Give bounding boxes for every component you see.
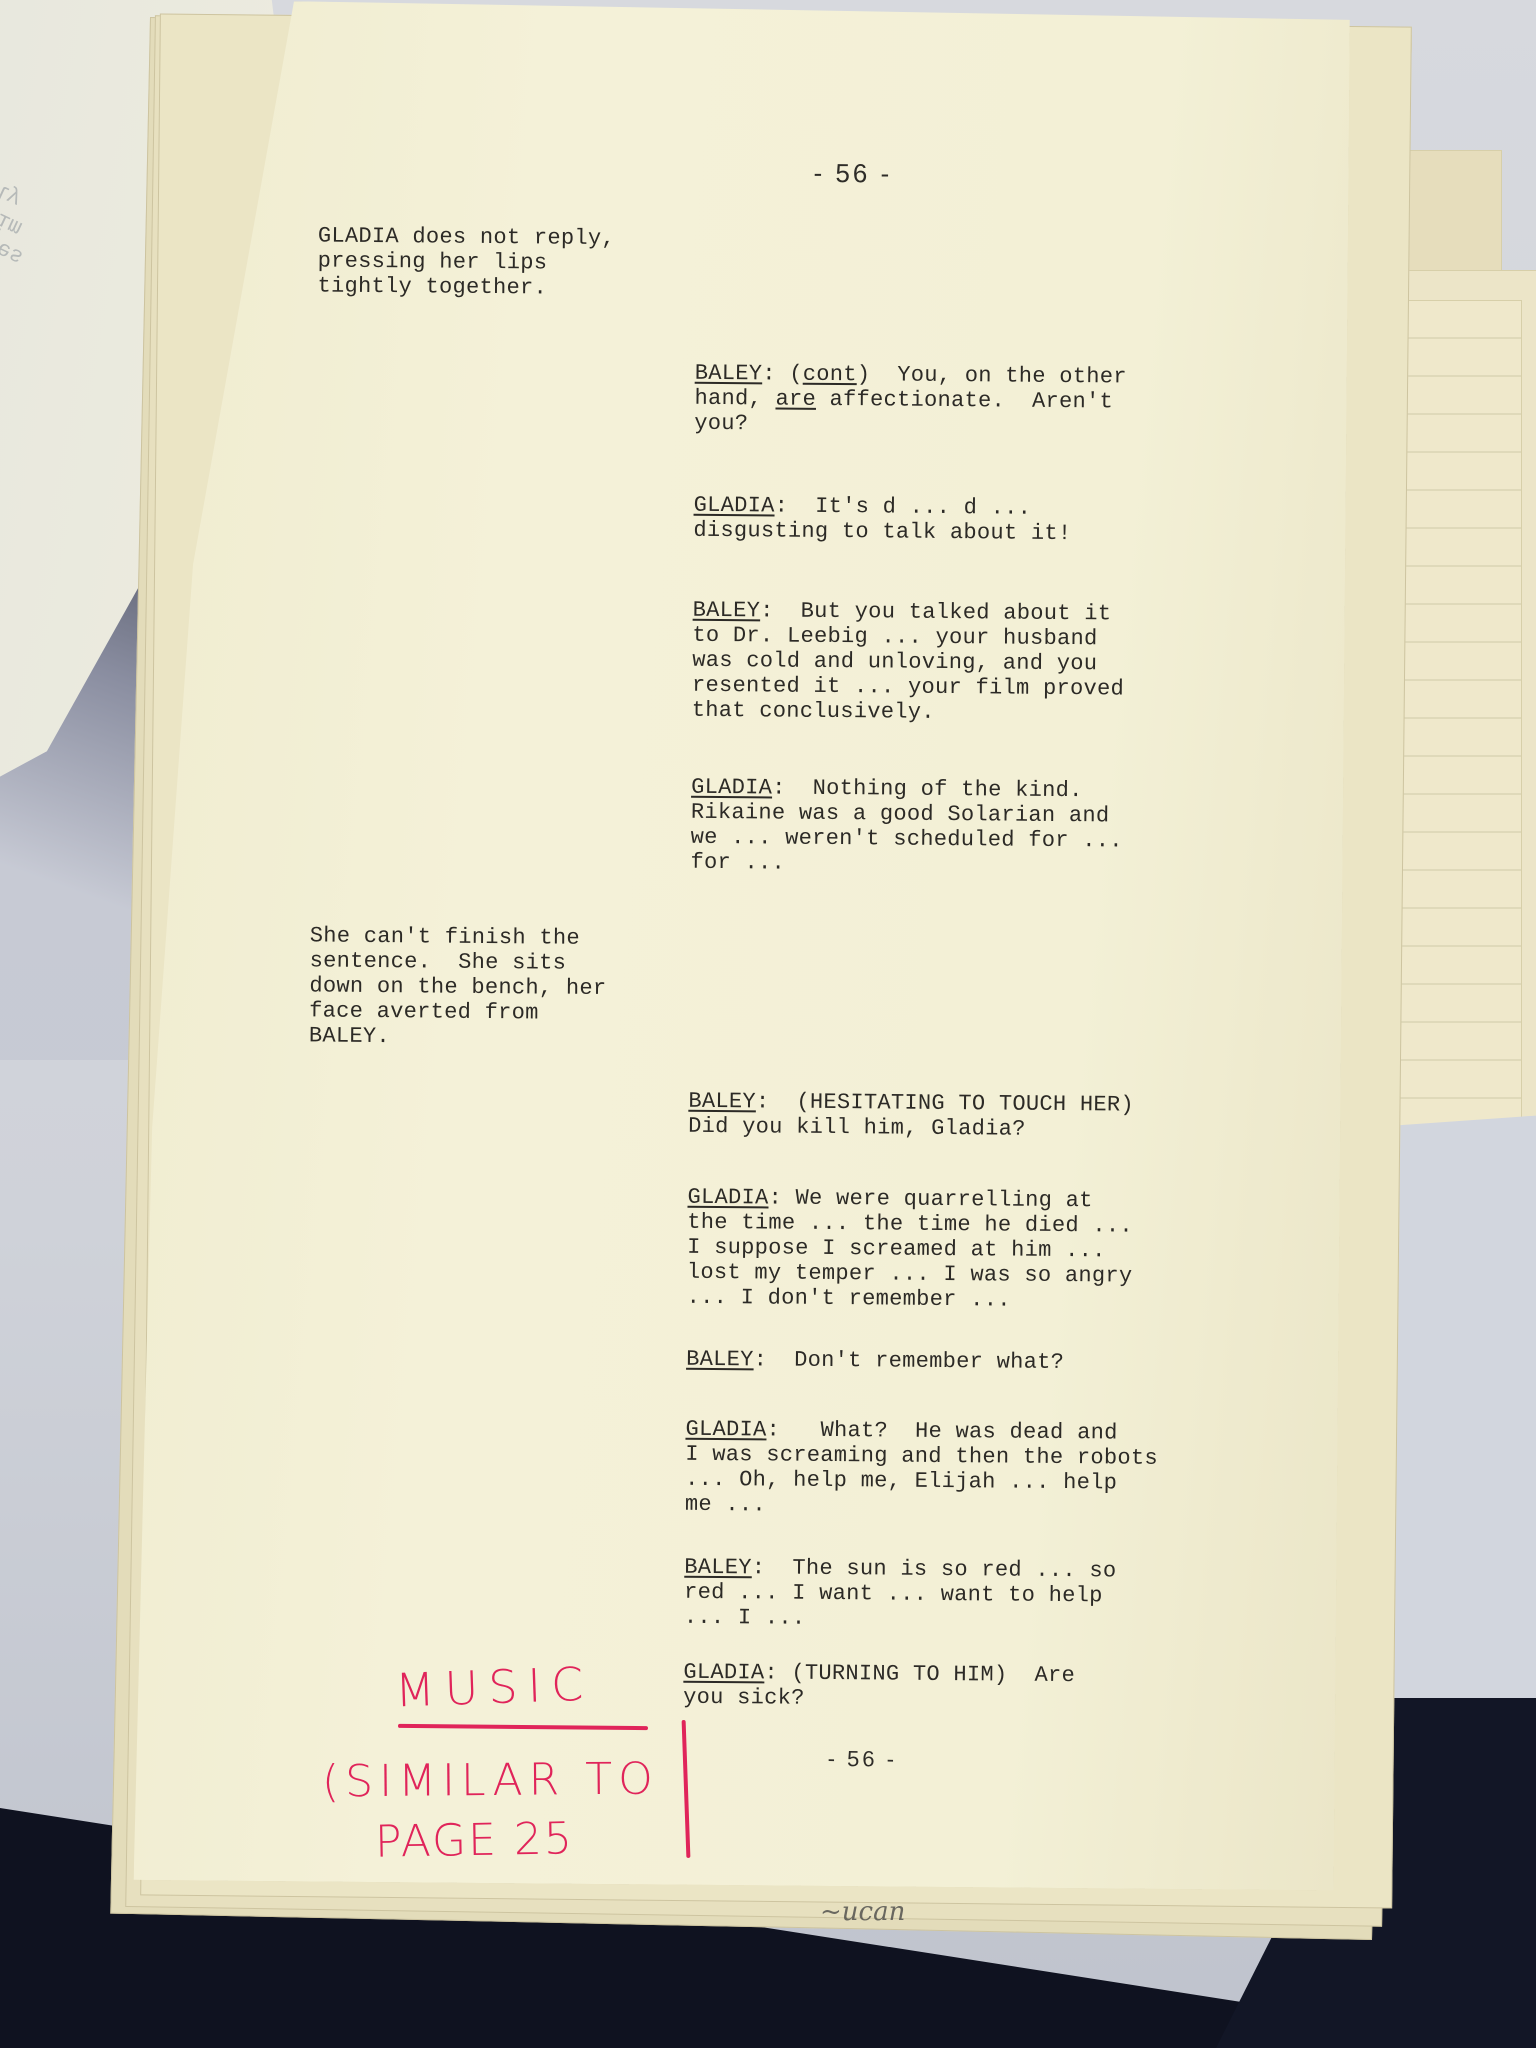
dialogue-block: GLADIA: (TURNING TO HIM) Are you sick? — [683, 1660, 1075, 1713]
annotation-page-ref: PAGE 25 — [375, 1813, 575, 1867]
speaker-name: BALEY — [688, 1089, 756, 1115]
photo-scene: She takes from him blankly - 56 - GLADIA… — [0, 0, 1536, 2048]
dialogue-block: BALEY: Don't remember what? — [686, 1347, 1064, 1375]
page-number-bottom: - 56 - — [828, 1746, 898, 1773]
dialogue-block: BALEY: But you talked about it to Dr. Le… — [692, 598, 1125, 727]
script-page: - 56 - GLADIA does not reply, pressing h… — [134, 0, 1350, 1890]
speaker-name: BALEY — [686, 1347, 754, 1373]
dialogue-block: BALEY: The sun is so red ... so red ... … — [684, 1555, 1117, 1634]
speaker-name: GLADIA — [691, 775, 772, 801]
speaker-name: GLADIA — [683, 1660, 764, 1686]
dialogue-block: BALEY: (cont) You, on the other hand, ar… — [694, 361, 1127, 440]
bleed-through-text: She takes from him blankly — [0, 149, 50, 270]
dialogue-block: GLADIA: What? He was dead and I was scre… — [685, 1417, 1158, 1521]
speaker-name: GLADIA — [685, 1417, 766, 1443]
speaker-name: GLADIA — [694, 493, 775, 519]
annotation-music: MUSIC — [394, 1657, 594, 1718]
dialogue-block: BALEY: (HESITATING TO TOUCH HER) Did you… — [688, 1089, 1134, 1143]
dialogue-block: GLADIA: Nothing of the kind. Rikaine was… — [690, 775, 1123, 879]
speaker-name: GLADIA — [687, 1185, 768, 1211]
underlying-page-scribble: ~ucan — [820, 1897, 905, 1927]
annotation-similar-to: (SIMILAR TO — [322, 1754, 659, 1808]
speaker-name: BALEY — [684, 1555, 752, 1581]
dialogue-block: GLADIA: It's d ... d ... disgusting to t… — [693, 493, 1071, 546]
page-number-top: - 56 - — [813, 158, 892, 190]
stage-direction: She can't finish the sentence. She sits … — [309, 923, 607, 1051]
dialogue-block: GLADIA: We were quarrelling at the time … — [687, 1185, 1134, 1314]
stage-direction: GLADIA does not reply, pressing her lips… — [317, 223, 615, 301]
speaker-name: BALEY — [695, 361, 763, 387]
speaker-name: BALEY — [693, 598, 761, 624]
